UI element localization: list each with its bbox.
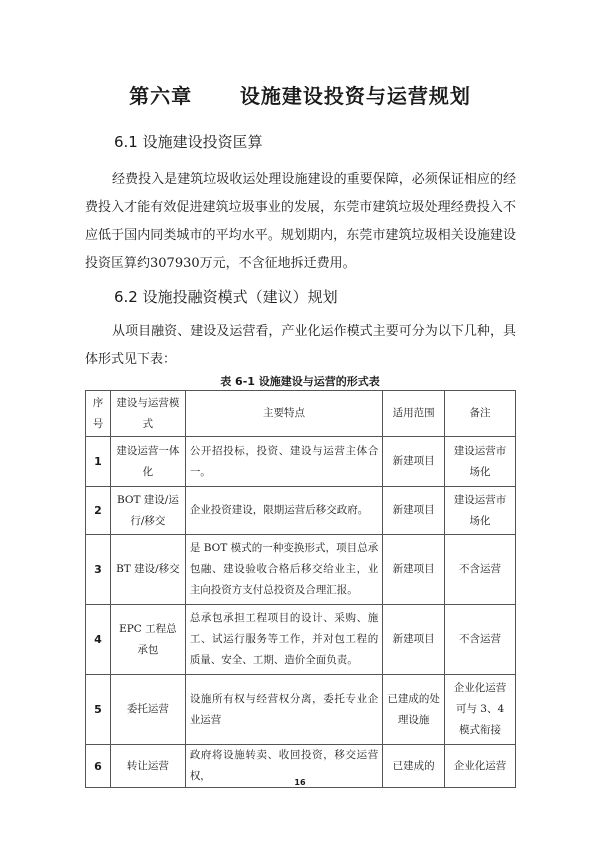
cell-features: 设施所有权与经营权分离，委托专业企业运营	[185, 675, 382, 745]
cell-mode: BT 建设/移交	[110, 535, 185, 605]
table-row: 4 EPC 工程总承包 总承包承担工程项目的设计、采购、施工、试运行服务等工作，…	[86, 605, 516, 675]
cell-note: 建设运营市场化	[445, 487, 516, 535]
paragraph-investment-estimate-text: 经费投入是建筑垃圾收运处理设施建设的重要保障，必须保证相应的经费投入才能有效促进…	[85, 172, 516, 271]
table-caption: 表 6-1 设施建设与运营的形式表	[0, 373, 600, 389]
cell-no: 2	[86, 487, 111, 535]
cell-features: 公开招投标，投资、建设与运营主体合一。	[185, 437, 382, 487]
header-mode: 建设与运营模式	[110, 391, 185, 437]
cell-no: 3	[86, 535, 111, 605]
cell-no: 1	[86, 437, 111, 487]
construction-operation-forms-table: 序号 建设与运营模式 主要特点 适用范围 备注 1 建设运营一体化 公开招投标，…	[85, 390, 516, 788]
chapter-number: 第六章	[129, 84, 192, 108]
cell-note: 不含运营	[445, 605, 516, 675]
section-heading-6-1: 6.1 设施建设投资匡算	[114, 131, 263, 152]
header-note: 备注	[445, 391, 516, 437]
header-scope: 适用范围	[383, 391, 445, 437]
cell-no: 5	[86, 675, 111, 745]
table-row: 3 BT 建设/移交 是 BOT 模式的一种变换形式，项目总承包融、建设验收合格…	[86, 535, 516, 605]
cell-scope: 新建项目	[383, 605, 445, 675]
cell-features: 企业投资建设，限期运营后移交政府。	[185, 487, 382, 535]
header-features: 主要特点	[185, 391, 382, 437]
table-row: 1 建设运营一体化 公开招投标，投资、建设与运营主体合一。 新建项目 建设运营市…	[86, 437, 516, 487]
cell-mode: EPC 工程总承包	[110, 605, 185, 675]
table-row: 2 BOT 建设/运行/移交 企业投资建设，限期运营后移交政府。 新建项目 建设…	[86, 487, 516, 535]
table-row: 5 委托运营 设施所有权与经营权分离，委托专业企业运营 已建成的处理设施 企业化…	[86, 675, 516, 745]
paragraph-financing-modes-text: 从项目融资、建设及运营看，产业化运作模式主要可分为以下几种，具体形式见下表：	[85, 324, 516, 367]
cell-no: 4	[86, 605, 111, 675]
cell-note: 不含运营	[445, 535, 516, 605]
section-heading-6-2: 6.2 设施投融资模式（建议）规划	[114, 286, 338, 307]
paragraph-financing-modes: 从项目融资、建设及运营看，产业化运作模式主要可分为以下几种，具体形式见下表：	[85, 318, 516, 374]
cell-mode: 建设运营一体化	[110, 437, 185, 487]
cell-features: 总承包承担工程项目的设计、采购、施工、试运行服务等工作，并对包工程的质量、安全、…	[185, 605, 382, 675]
header-no: 序号	[86, 391, 111, 437]
cell-scope: 新建项目	[383, 535, 445, 605]
cell-note: 建设运营市场化	[445, 437, 516, 487]
cell-mode: 委托运营	[110, 675, 185, 745]
cell-scope: 已建成的处理设施	[383, 675, 445, 745]
cell-note: 企业化运营可与 3、4 模式衔接	[445, 675, 516, 745]
cell-scope: 新建项目	[383, 437, 445, 487]
chapter-name: 设施建设投资与运营规划	[240, 84, 471, 108]
cell-features: 是 BOT 模式的一种变换形式，项目总承包融、建设验收合格后移交给业主，业主向投…	[185, 535, 382, 605]
chapter-title: 第六章 设施建设投资与运营规划	[0, 80, 600, 109]
cell-scope: 新建项目	[383, 487, 445, 535]
table-header-row: 序号 建设与运营模式 主要特点 适用范围 备注	[86, 391, 516, 437]
paragraph-investment-estimate: 经费投入是建筑垃圾收运处理设施建设的重要保障，必须保证相应的经费投入才能有效促进…	[85, 166, 516, 278]
page-number: 16	[0, 778, 600, 787]
cell-mode: BOT 建设/运行/移交	[110, 487, 185, 535]
document-page: 第六章 设施建设投资与运营规划 6.1 设施建设投资匡算 经费投入是建筑垃圾收运…	[0, 0, 600, 848]
